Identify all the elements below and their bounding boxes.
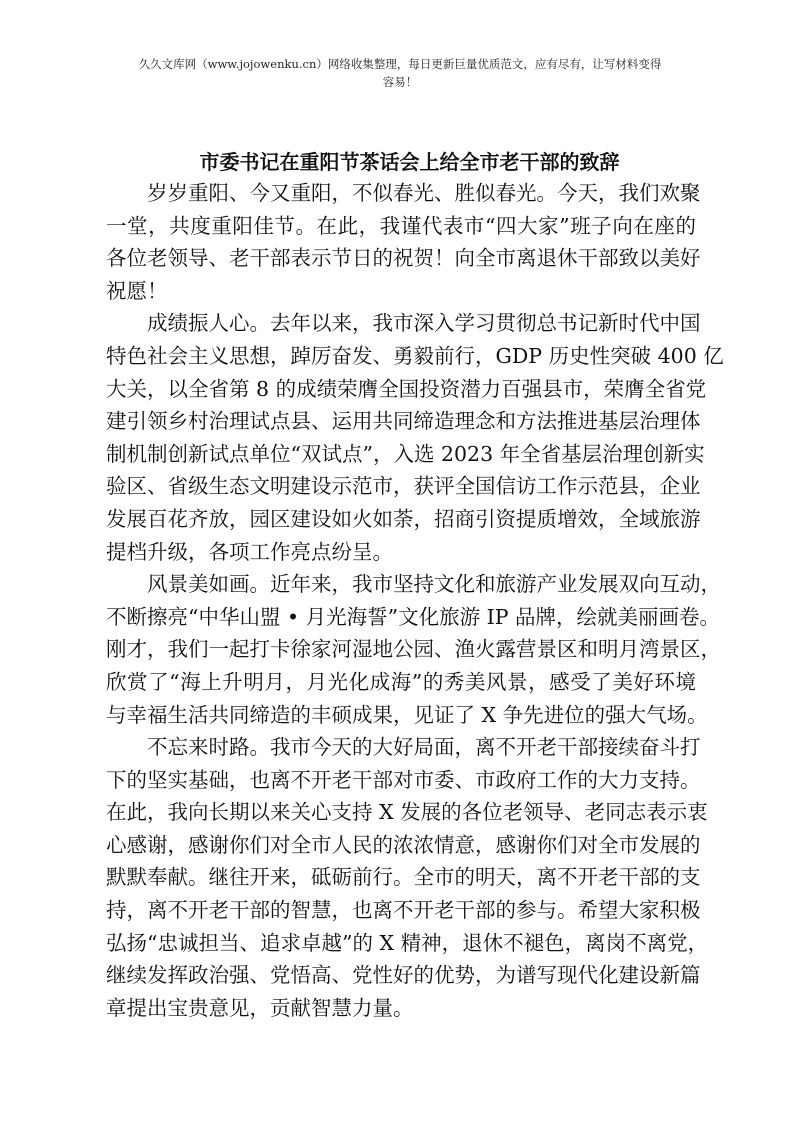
paragraph-2: 成绩振人心。去年以来，我市深入学习贯彻总书记新时代中国 特色社会主义思想，踔厉奋… bbox=[106, 307, 696, 568]
text-line: 成绩振人心。去年以来，我市深入学习贯彻总书记新时代中国 bbox=[106, 307, 696, 340]
text-line: 大关，以全省第 8 的成绩荣膺全国投资潜力百强县市，荣膺全省党 bbox=[106, 373, 696, 406]
text-line: 持，离不开老干部的智慧，也离不开老干部的参与。希望大家积极 bbox=[106, 894, 696, 927]
text-line: 不断擦亮“中华山盟 • 月光海誓”文化旅游 IP 品牌，绘就美丽画卷。 bbox=[106, 601, 696, 634]
paragraph-4: 不忘来时路。我市今天的大好局面，离不开老干部接续奋斗打 下的坚实基础，也离不开老… bbox=[106, 731, 696, 1024]
page-header: 久久文库网（www.jojowenku.cn）网络收集整理，每日更新巨量优质范文… bbox=[90, 55, 710, 91]
header-line-1: 久久文库网（www.jojowenku.cn）网络收集整理，每日更新巨量优质范文… bbox=[90, 55, 710, 73]
text-line: 各位老领导、老干部表示节日的祝贺！向全市离退休干部致以美好 bbox=[106, 242, 696, 275]
paragraph-3: 风景美如画。近年来，我市坚持文化和旅游产业发展双向互动， 不断擦亮“中华山盟 •… bbox=[106, 568, 696, 731]
text-line: 默默奉献。继往开来，砥砺前行。全市的明天，离不开老干部的支 bbox=[106, 861, 696, 894]
text-line: 在此，我向长期以来关心支持 X 发展的各位老领导、老同志表示衷 bbox=[106, 796, 696, 829]
text-line: 提档升级，各项工作亮点纷呈。 bbox=[106, 536, 696, 569]
text-line: 制机制创新试点单位“双试点”，入选 2023 年全省基层治理创新实 bbox=[106, 438, 696, 471]
text-line: 祝愿！ bbox=[106, 275, 696, 308]
text-line: 验区、省级生态文明建设示范市，获评全国信访工作示范县，企业 bbox=[106, 470, 696, 503]
document-body: 岁岁重阳、今又重阳，不似春光、胜似春光。今天，我们欢聚 一堂，共度重阳佳节。在此… bbox=[106, 177, 696, 1024]
text-line: 一堂，共度重阳佳节。在此，我谨代表市“四大家”班子向在座的 bbox=[106, 210, 696, 243]
text-line: 欣赏了“海上升明月，月光化成海”的秀美风景，感受了美好环境 bbox=[106, 666, 696, 699]
text-line: 弘扬“忠诚担当、追求卓越”的 X 精神，退休不褪色，离岗不离党， bbox=[106, 927, 696, 960]
text-line: 心感谢，感谢你们对全市人民的浓浓情意，感谢你们对全市发展的 bbox=[106, 829, 696, 862]
text-line: 与幸福生活共同缔造的丰硕成果，见证了 X 争先进位的强大气场。 bbox=[106, 699, 696, 732]
text-line: 建引领乡村治理试点县、运用共同缔造理念和方法推进基层治理体 bbox=[106, 405, 696, 438]
paragraph-1: 岁岁重阳、今又重阳，不似春光、胜似春光。今天，我们欢聚 一堂，共度重阳佳节。在此… bbox=[106, 177, 696, 307]
text-line: 发展百花齐放，园区建设如火如荼，招商引资提质增效，全域旅游 bbox=[106, 503, 696, 536]
header-line-2: 容易！ bbox=[90, 73, 710, 91]
document-title: 市委书记在重阳节茶话会上给全市老干部的致辞 bbox=[106, 148, 693, 176]
text-line: 岁岁重阳、今又重阳，不似春光、胜似春光。今天，我们欢聚 bbox=[106, 177, 696, 210]
text-line: 继续发挥政治强、党悟高、党性好的优势，为谱写现代化建设新篇 bbox=[106, 959, 696, 992]
document-page: 久久文库网（www.jojowenku.cn）网络收集整理，每日更新巨量优质范文… bbox=[0, 0, 793, 1122]
text-line: 下的坚实基础，也离不开老干部对市委、市政府工作的大力支持。 bbox=[106, 764, 696, 797]
text-line: 风景美如画。近年来，我市坚持文化和旅游产业发展双向互动， bbox=[106, 568, 696, 601]
text-line: 章提出宝贵意见，贡献智慧力量。 bbox=[106, 992, 696, 1025]
text-line: 不忘来时路。我市今天的大好局面，离不开老干部接续奋斗打 bbox=[106, 731, 696, 764]
text-line: 刚才，我们一起打卡徐家河湿地公园、渔火露营景区和明月湾景区， bbox=[106, 633, 696, 666]
text-line: 特色社会主义思想，踔厉奋发、勇毅前行，GDP 历史性突破 400 亿 bbox=[106, 340, 696, 373]
